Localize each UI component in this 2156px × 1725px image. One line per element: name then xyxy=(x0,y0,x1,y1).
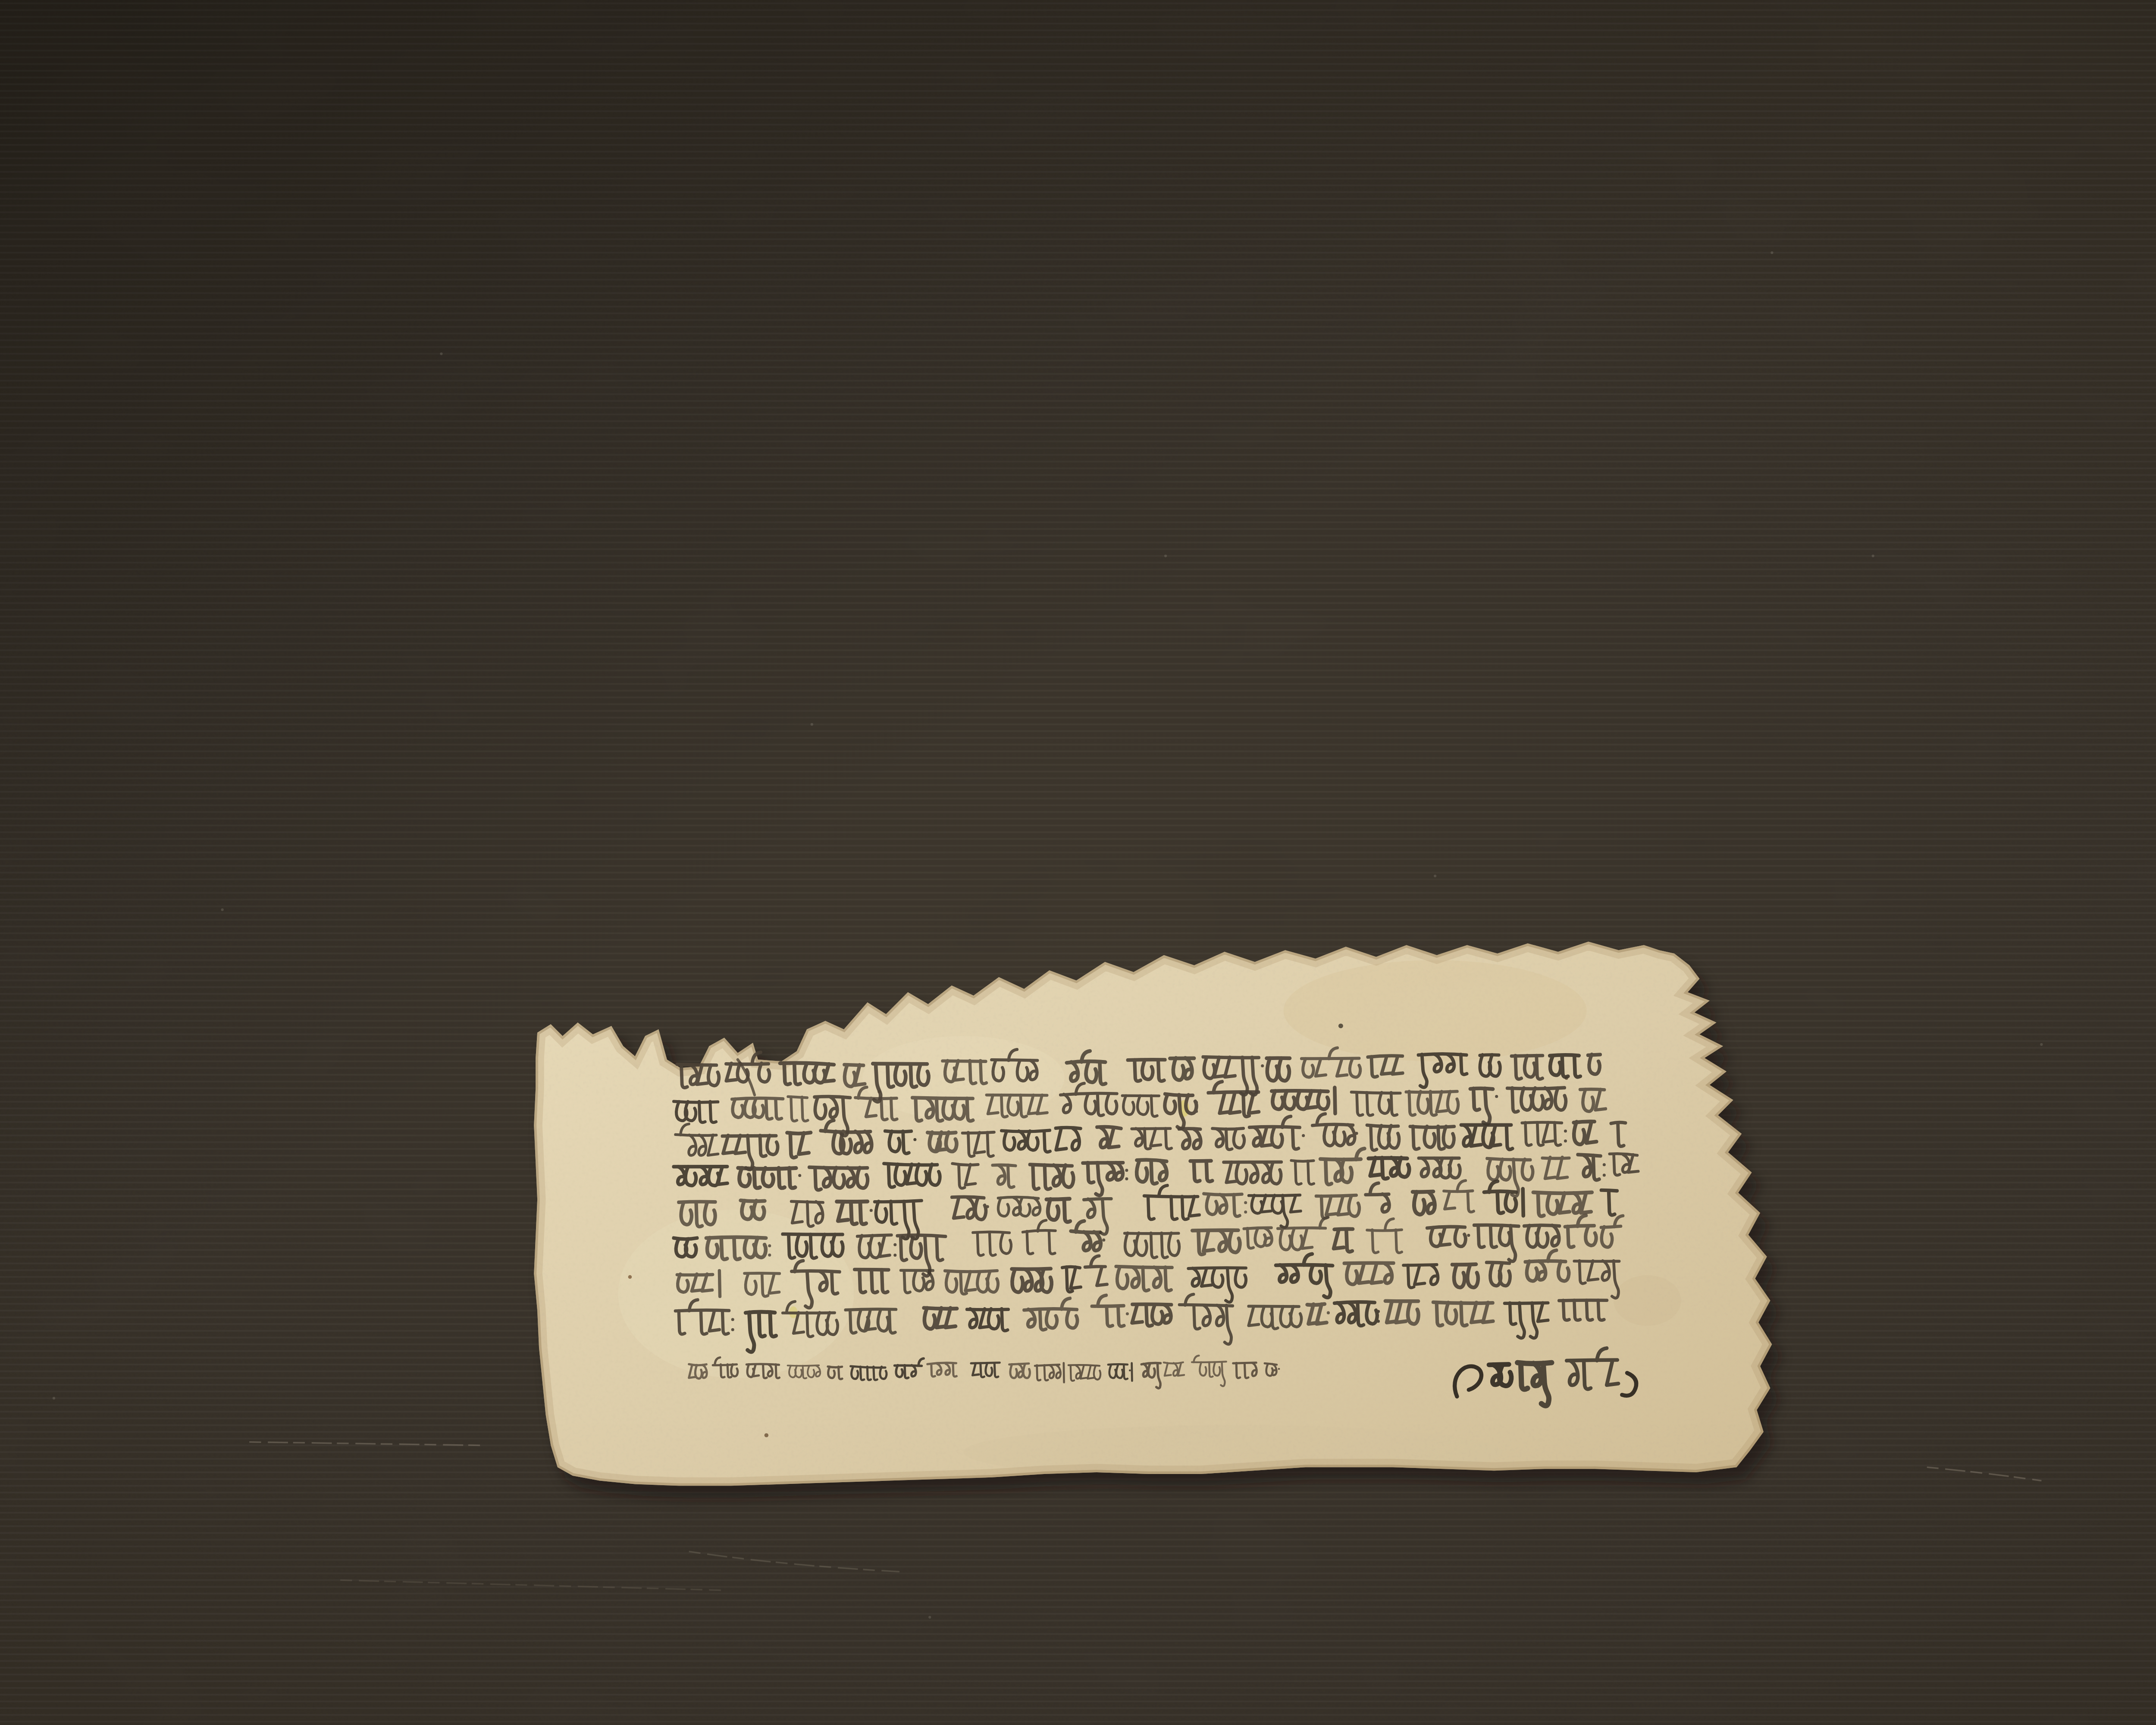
manuscript-photo: Photograph of a single torn leaf of an a… xyxy=(0,0,2156,1725)
dust-speck xyxy=(53,1397,55,1399)
ink-speck xyxy=(765,1433,768,1437)
ink-speck xyxy=(628,1275,632,1279)
dust-speck xyxy=(1434,875,1436,877)
ink-speck xyxy=(1338,1023,1343,1028)
dust-speck xyxy=(221,908,224,911)
dust-speck xyxy=(1164,555,1167,557)
word-cluster xyxy=(855,1270,889,1293)
dust-speck xyxy=(1771,251,1773,254)
dust-speck xyxy=(440,352,442,355)
photo-scene: Photograph of a single torn leaf of an a… xyxy=(0,0,2156,1725)
dust-speck xyxy=(2040,1043,2043,1046)
dust-speck xyxy=(811,723,813,726)
dust-speck xyxy=(928,1616,931,1618)
dust-speck xyxy=(1872,555,1874,557)
